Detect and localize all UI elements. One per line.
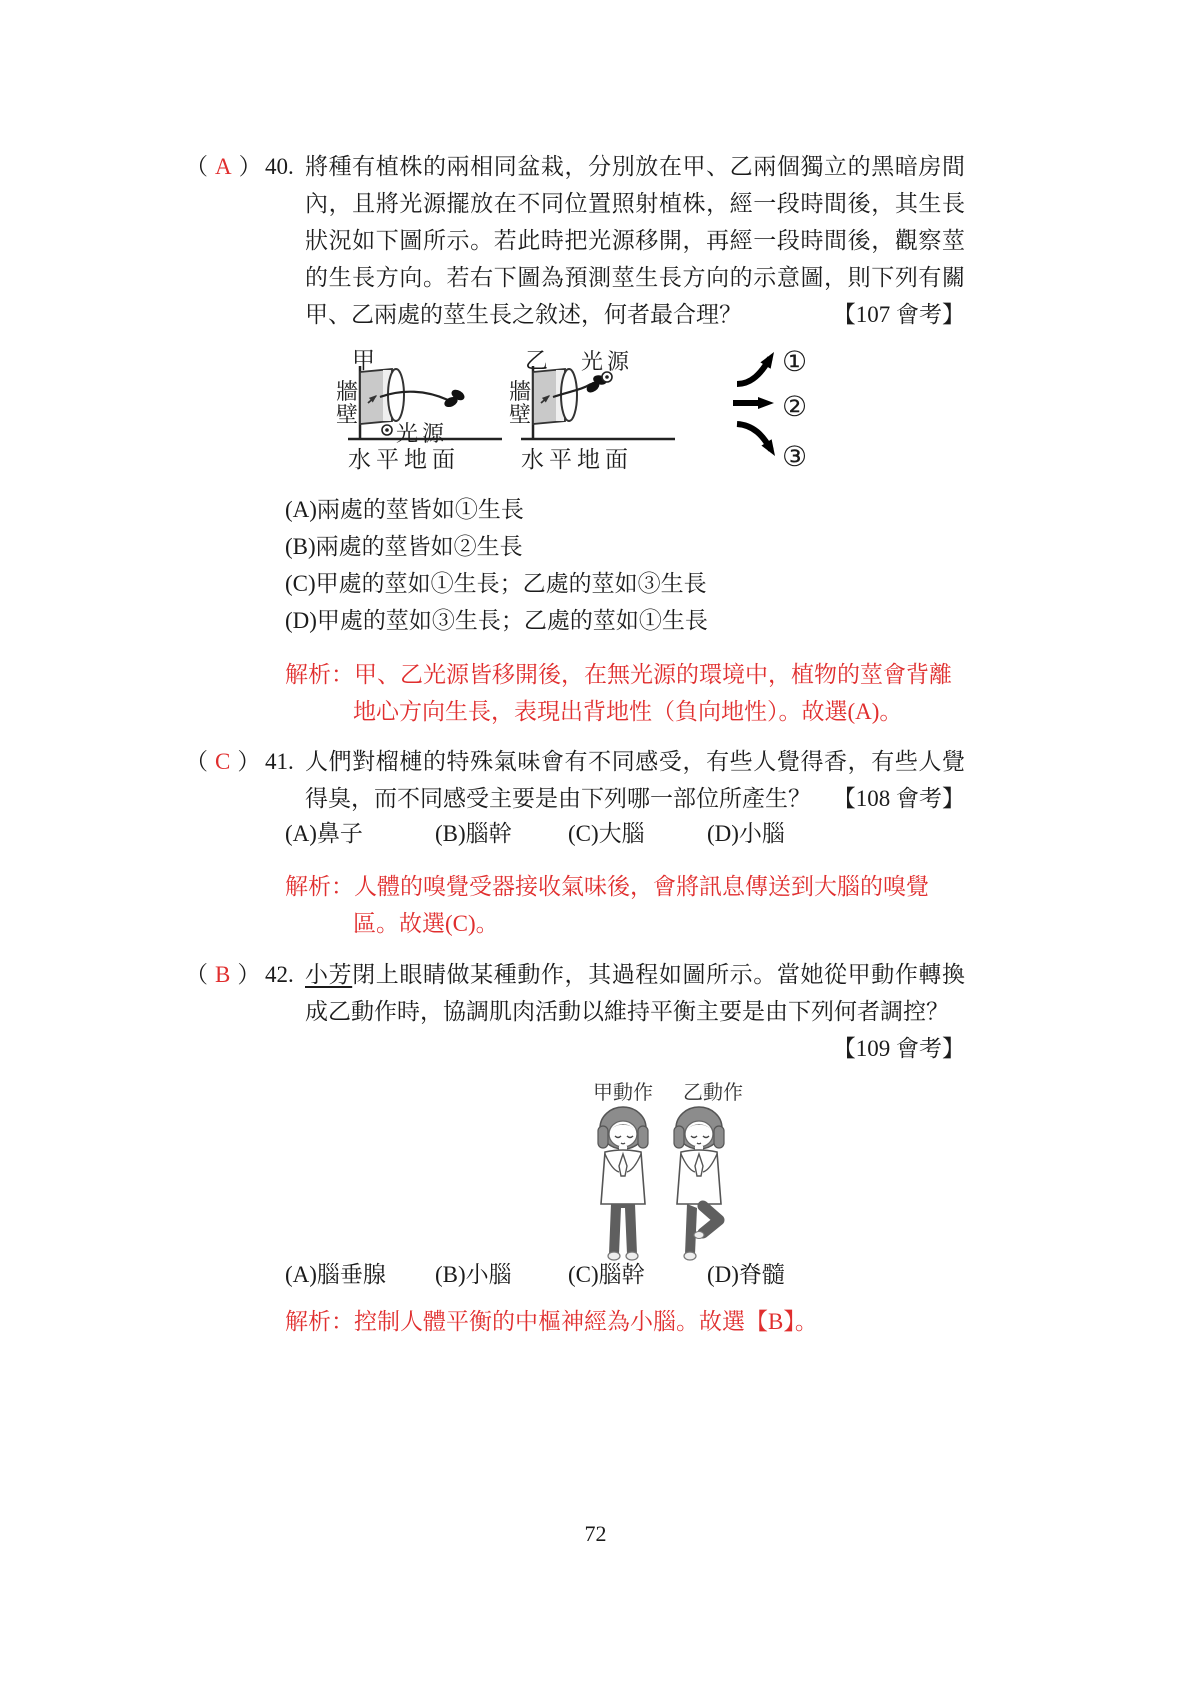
pose-figure: 甲動作 乙動作 [575, 1070, 765, 1268]
pot-opening [561, 369, 577, 421]
underlined-subject: 小芳 [305, 962, 352, 987]
paren-close: ） [237, 743, 260, 817]
ground-label: 水平地面 [348, 441, 460, 474]
question-41: （C） 41. 人們對榴槤的特殊氣味會有不同感受，有些人覺得香，有些人覺得臭，而… [185, 743, 965, 817]
option-42-a: (A)腦垂腺 [285, 1256, 435, 1293]
exam-tag-40: 【107 會考】 [833, 296, 965, 333]
option-42-c: (C)腦幹 [568, 1256, 707, 1293]
figure-pose-b [659, 1104, 739, 1264]
answer-letter-42: B [215, 956, 230, 1030]
page-number: 72 [0, 1521, 1191, 1547]
exam-tag-41: 【108 會考】 [833, 780, 965, 817]
bent-leg [703, 1206, 719, 1233]
standing-leg [685, 1204, 697, 1254]
option-42-d: (D)脊髓 [707, 1256, 975, 1293]
question-42: （B） 42. 小芳閉上眼睛做某種動作，其過程如圖所示。當她從甲動作轉換成乙動作… [185, 956, 965, 1030]
figure-pose-a [587, 1104, 661, 1264]
paren-open: （ [185, 148, 208, 333]
paren-open: （ [185, 956, 208, 1030]
analysis-42-text1: 控制人體平衡的中樞神經為小腦。故選【B】。 [354, 1309, 818, 1334]
option-41-b: (B)腦幹 [435, 815, 568, 852]
question-number-41: 41. [265, 743, 305, 817]
analysis-41-text1: 人體的嗅覺受器接收氣味後，會將訊息傳送到大腦的嗅覺 [354, 874, 929, 899]
option-40-b: (B)兩處的莖皆如②生長 [285, 528, 975, 565]
answer-cell-41: （C） [185, 743, 265, 817]
analysis-41-line1: 解析：人體的嗅覺受器接收氣味後，會將訊息傳送到大腦的嗅覺 [285, 868, 975, 905]
question-number-42: 42. [265, 956, 305, 1030]
pose-b-label: 乙動作 [683, 1076, 743, 1105]
arrow-label-1: ① [782, 349, 807, 377]
options-40: (A)兩處的莖皆如①生長 (B)兩處的莖皆如②生長 (C)甲處的莖如①生長；乙處… [285, 491, 975, 639]
analysis-40-text1: 甲、乙光源皆移開後，在無光源的環境中，植物的莖會背離 [354, 662, 952, 687]
analysis-42-line1: 解析：控制人體平衡的中樞神經為小腦。故選【B】。 [285, 1303, 975, 1340]
option-42-b: (B)小腦 [435, 1256, 568, 1293]
paren-close: ） [237, 956, 260, 1030]
paren-open: （ [185, 743, 208, 817]
option-40-a: (A)兩處的莖皆如①生長 [285, 491, 975, 528]
arrow-label-2: ② [782, 394, 807, 422]
answer-letter-41: C [215, 743, 230, 817]
arrow-label-3: ③ [782, 444, 807, 472]
analysis-41: 解析：人體的嗅覺受器接收氣味後，會將訊息傳送到大腦的嗅覺 區。故選(C)。 [285, 868, 975, 942]
ground-label: 水平地面 [521, 441, 633, 474]
pot-diagram-jia: 甲 牆壁 光源 水平地面 [330, 340, 530, 472]
pants [609, 1204, 637, 1254]
pot-diagram-yi: 乙 牆壁 光源 水平地面 [503, 340, 703, 472]
light-label: 光源 [581, 345, 633, 376]
exam-tag-42: 【109 會考】 [833, 1030, 965, 1067]
analysis-40: 解析：甲、乙光源皆移開後，在無光源的環境中，植物的莖會背離 地心方向生長，表現出… [285, 656, 975, 730]
option-41-c: (C)大腦 [568, 815, 707, 852]
option-40-c: (C)甲處的莖如①生長；乙處的莖如③生長 [285, 565, 975, 602]
option-40-d: (D)甲處的莖如③生長；乙處的莖如①生長 [285, 602, 975, 639]
analysis-label: 解析： [285, 874, 354, 899]
question-text-42: 小芳閉上眼睛做某種動作，其過程如圖所示。當她從甲動作轉換成乙動作時，協調肌肉活動… [305, 956, 965, 1030]
growth-direction-arrows: ① ② ③ [727, 340, 837, 480]
hair-lock [638, 1126, 648, 1148]
analysis-42: 解析：控制人體平衡的中樞神經為小腦。故選【B】。 [285, 1303, 975, 1340]
hair-lock [598, 1126, 608, 1148]
hair-lock [714, 1126, 724, 1148]
exam-page: （A） 40. 將種有植株的兩相同盆栽，分別放在甲、乙兩個獨立的黑暗房間內，且將… [0, 0, 1191, 1684]
arrow-straight-head [758, 397, 774, 409]
option-41-d: (D)小腦 [707, 815, 975, 852]
options-42: (A)腦垂腺 (B)小腦 (C)腦幹 (D)脊髓 [285, 1256, 975, 1293]
answer-cell-42: （B） [185, 956, 265, 1030]
analysis-41-line2: 區。故選(C)。 [353, 905, 975, 942]
arrows-drawing [727, 340, 827, 480]
question-42-rest: 閉上眼睛做某種動作，其過程如圖所示。當她從甲動作轉換成乙動作時，協調肌肉活動以維… [305, 962, 965, 1024]
analysis-40-line1: 解析：甲、乙光源皆移開後，在無光源的環境中，植物的莖會背離 [285, 656, 975, 693]
question-number-40: 40. [265, 148, 305, 333]
analysis-label: 解析： [285, 1309, 354, 1334]
question-40: （A） 40. 將種有植株的兩相同盆栽，分別放在甲、乙兩個獨立的黑暗房間內，且將… [185, 148, 965, 333]
analysis-label: 解析： [285, 662, 354, 687]
raised-foot [694, 1232, 704, 1239]
option-41-a: (A)鼻子 [285, 815, 435, 852]
hair-lock [674, 1126, 684, 1148]
pot-opening [388, 369, 404, 421]
paren-close: ） [239, 148, 262, 333]
pose-a-label: 甲動作 [593, 1076, 653, 1105]
answer-cell-40: （A） [185, 148, 265, 333]
answer-letter-40: A [215, 148, 232, 333]
analysis-40-line2: 地心方向生長，表現出背地性（負向地性）。故選(A)。 [353, 693, 975, 730]
options-41: (A)鼻子 (B)腦幹 (C)大腦 (D)小腦 [285, 815, 975, 852]
light-source-dot [385, 428, 389, 432]
